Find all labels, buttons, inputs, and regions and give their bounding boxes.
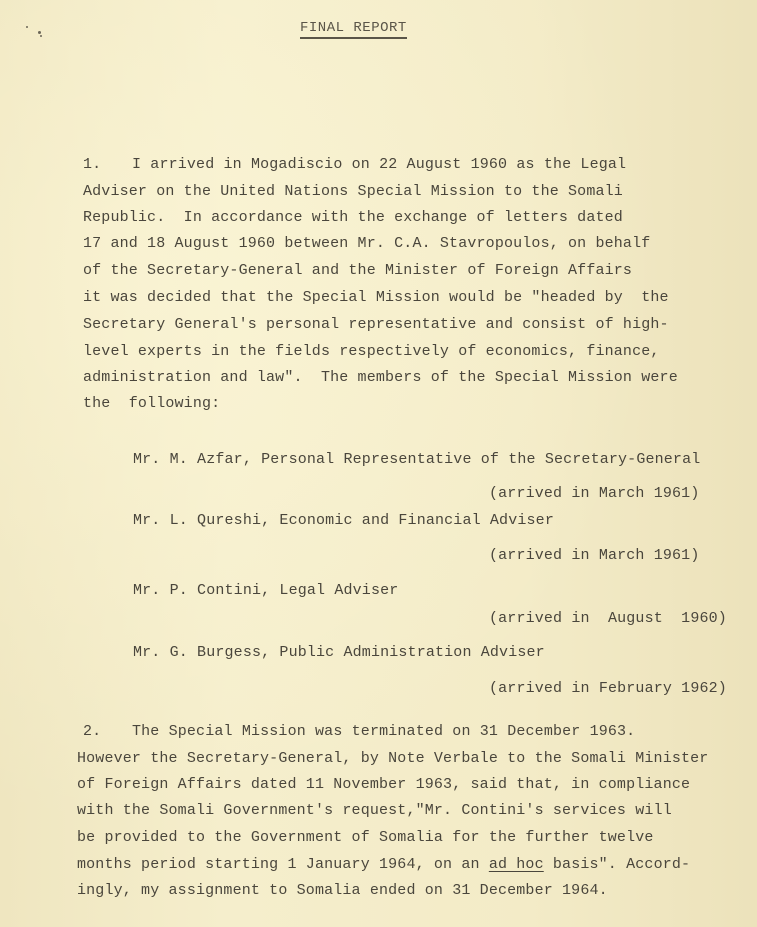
paragraph-1-line: it was decided that the Special Mission … bbox=[83, 289, 669, 307]
paragraph-1-number: 1. bbox=[83, 156, 101, 174]
paragraph-1-line: Secretary General's personal representat… bbox=[83, 316, 669, 334]
paragraph-1-line: Republic. In accordance with the exchang… bbox=[83, 209, 623, 227]
line-text: basis". Accord- bbox=[544, 856, 690, 873]
paragraph-2-line: ingly, my assignment to Somalia ended on… bbox=[77, 882, 608, 900]
member-arrival: (arrived in March 1961) bbox=[489, 547, 699, 565]
document-page: FINAL REPORT 1. I arrived in Mogadiscio … bbox=[0, 0, 757, 927]
paragraph-2-number: 2. bbox=[83, 723, 101, 741]
member-name-role: Mr. L. Qureshi, Economic and Financial A… bbox=[133, 512, 554, 530]
member-arrival: (arrived in February 1962) bbox=[489, 680, 727, 698]
member-arrival: (arrived in August 1960) bbox=[489, 610, 727, 628]
paragraph-1-line: 17 and 18 August 1960 between Mr. C.A. S… bbox=[83, 235, 650, 253]
member-arrival: (arrived in March 1961) bbox=[489, 485, 699, 503]
underlined-term: ad hoc bbox=[489, 856, 544, 873]
paragraph-2-line: However the Secretary-General, by Note V… bbox=[77, 750, 708, 768]
line-text: months period starting 1 January 1964, o… bbox=[77, 856, 489, 873]
member-name-role: Mr. M. Azfar, Personal Representative of… bbox=[133, 451, 700, 469]
paragraph-1-line: level experts in the fields respectively… bbox=[83, 343, 660, 361]
page-title: FINAL REPORT bbox=[300, 20, 407, 39]
member-name-role: Mr. P. Contini, Legal Adviser bbox=[133, 582, 398, 600]
paragraph-2-line: be provided to the Government of Somalia… bbox=[77, 829, 654, 847]
member-name-role: Mr. G. Burgess, Public Administration Ad… bbox=[133, 644, 545, 662]
paragraph-1-line: I arrived in Mogadiscio on 22 August 196… bbox=[132, 156, 626, 174]
paragraph-2-line: of Foreign Affairs dated 11 November 196… bbox=[77, 776, 690, 794]
paragraph-1-line: of the Secretary-General and the Ministe… bbox=[83, 262, 632, 280]
paragraph-1-line: administration and law". The members of … bbox=[83, 369, 678, 387]
paragraph-2-line: with the Somali Government's request,"Mr… bbox=[77, 802, 672, 820]
paragraph-2-line: The Special Mission was terminated on 31… bbox=[132, 723, 635, 741]
paragraph-2-line: months period starting 1 January 1964, o… bbox=[77, 856, 690, 874]
paragraph-1-line: Adviser on the United Nations Special Mi… bbox=[83, 183, 623, 201]
paragraph-1-line: the following: bbox=[83, 395, 220, 413]
